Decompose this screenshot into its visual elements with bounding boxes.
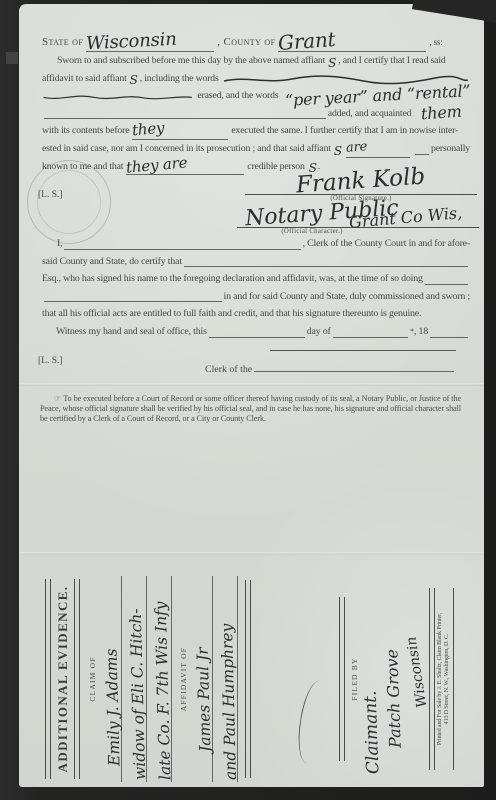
filed-by-line: Claimant. xyxy=(359,576,381,782)
are-handwriting: are xyxy=(345,140,367,154)
affiant-name-handwriting: and Paul Humphrey xyxy=(220,623,240,780)
notary-signature-handwriting: Frank Kolb xyxy=(296,166,427,198)
they-are-handwriting: they are xyxy=(126,155,188,175)
printer-credit-line: Printed and For Sale by J. E. Shultz, Cl… xyxy=(437,580,444,778)
clerk-signature-line xyxy=(270,350,456,351)
clerk-text: said County and State, do certify that xyxy=(42,253,182,271)
state-label: State of xyxy=(42,34,83,52)
affiant-name-line: James Paul Jr xyxy=(188,576,213,782)
plural-s-handwriting: S xyxy=(328,57,336,69)
claimant-relation-handwriting: widow of Eli C. Hitch- xyxy=(129,608,149,780)
document-paper: State of Wisconsin , County of Grant , s… xyxy=(19,4,484,787)
docket-rule xyxy=(74,579,80,779)
before-they-handwriting: they xyxy=(132,121,166,139)
filed-state-line: Wisconsin xyxy=(403,576,425,782)
jurat-paragraph: Sworn to and subscribed before me this d… xyxy=(42,52,470,175)
filed-place-handwriting: Patch Grove xyxy=(384,649,403,748)
filed-place-line: Patch Grove xyxy=(381,576,403,782)
claimant-relation-line: widow of Eli C. Hitch- xyxy=(122,576,147,782)
affidavit-of-label: AFFIDAVIT OF xyxy=(179,576,188,782)
claim-of-label: CLAIM OF xyxy=(88,576,97,782)
plural-s-handwriting: S xyxy=(130,74,138,86)
jurat-text: personally xyxy=(431,140,470,158)
scanned-document-page: State of Wisconsin , County of Grant , s… xyxy=(0,0,496,800)
printer-credit-line: 413 D Street, N. W., Washington, D. C. xyxy=(444,580,451,778)
jurat-text: Sworn to and subscribed before me this d… xyxy=(57,52,325,70)
docket-rule xyxy=(339,597,345,761)
scribble-line xyxy=(42,89,193,103)
filed-by-handwriting: Claimant. xyxy=(363,690,383,774)
claimant-name-line: Emily J. Adams xyxy=(97,576,122,782)
jurat-text: with its contents before xyxy=(42,122,129,140)
docket-rule xyxy=(45,579,51,779)
fold-crease xyxy=(19,552,484,555)
clerk-of-line: Clerk of the xyxy=(205,364,456,375)
jurat-text: known to me and that xyxy=(42,158,123,176)
service-unit-handwriting: late Co. F. 7th Wis Infy xyxy=(154,601,174,780)
footnote-text: To be executed before a Court of Record … xyxy=(40,394,461,423)
scan-artifact xyxy=(6,52,18,64)
acquainted-handwriting: them xyxy=(421,104,463,123)
docket-panel: ADDITIONAL EVIDENCE. CLAIM OF Emily J. A… xyxy=(45,576,445,782)
service-unit-line: late Co. F. 7th Wis Infy xyxy=(147,576,172,782)
docket-rule xyxy=(453,588,454,770)
execution-footnote: ☞ To be executed before a Court of Recor… xyxy=(40,394,461,423)
county-label: , County of xyxy=(217,34,275,52)
pointing-hand-icon: ☞ xyxy=(54,394,61,403)
jurat-text: , and I certify that I read said xyxy=(338,52,445,70)
jurat-text: executed the same. I further certify tha… xyxy=(231,122,458,140)
affiant-name-line: and Paul Humphrey xyxy=(213,576,238,782)
claimant-name-handwriting: Emily J. Adams xyxy=(104,648,123,766)
clerk-text: , 18 xyxy=(414,323,428,341)
seal-placeholder-upper: [L. S.] xyxy=(38,190,63,200)
clerk-text: that all his official acts are entitled … xyxy=(42,305,421,323)
ss-label: , ss: xyxy=(429,34,442,52)
clerk-text: , Clerk of the County Court in and for a… xyxy=(303,235,470,253)
jurat-text: erased, and the words xyxy=(197,87,278,105)
state-value-handwriting: Wisconsin xyxy=(86,31,177,54)
jurat-text: , including the words xyxy=(140,70,219,88)
docket-heading: ADDITIONAL EVIDENCE. xyxy=(55,576,71,782)
jurat-text: added, and acquainted xyxy=(328,105,412,123)
jurat-text: affidavit to said affiant xyxy=(42,70,127,88)
filed-by-label: FILED BY xyxy=(350,576,359,782)
clerk-text: I, xyxy=(57,235,62,253)
affiant-name-handwriting: James Paul Jr xyxy=(196,647,214,752)
clerk-text: Witness my hand and seal of office, this xyxy=(56,323,207,341)
printer-credit: Printed and For Sale by J. E. Shultz, Cl… xyxy=(437,580,451,778)
venue-line: State of Wisconsin , County of Grant , s… xyxy=(42,30,470,52)
clerk-certificate-paragraph: I, , Clerk of the County Court in and fo… xyxy=(42,235,470,341)
clerk-text: Esq., who has signed his name to the for… xyxy=(42,270,423,288)
clerk-text: day of xyxy=(307,323,331,341)
clerk-of-label: Clerk of the xyxy=(205,364,252,375)
docket-rule xyxy=(429,588,435,770)
fold-crease xyxy=(19,383,484,386)
seal-placeholder-lower: [L. S.] xyxy=(38,356,63,366)
county-value-handwriting: Grant xyxy=(278,29,337,53)
clerk-text: in and for said County and State, duly c… xyxy=(224,288,470,306)
plural-s-handwriting: S xyxy=(334,145,342,157)
